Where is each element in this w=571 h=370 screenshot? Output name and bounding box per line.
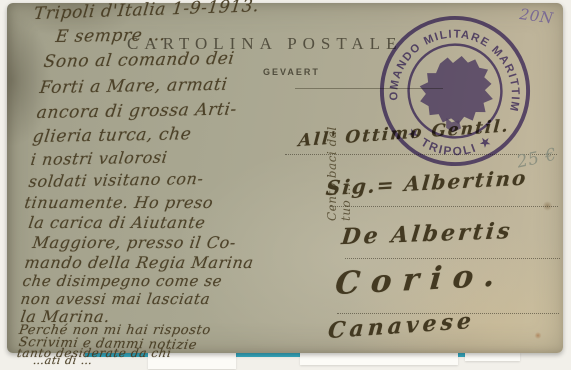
scan-artifact-tab [465,352,520,361]
annotation-price: 25 € [515,145,559,173]
handwritten-line: Maggiore, presso il Co- [31,233,237,252]
handwritten-line: Forti a Mare, armati [39,75,229,98]
scan-artifact-tab [300,352,458,365]
handwritten-line: Tripoli d'Italia 1-9-1913. [33,0,260,24]
handwritten-line: non avessi mai lasciata [19,290,211,308]
handwritten-line: ancora di grossa Arti- [36,100,239,124]
brand-mark: GEVAERT [263,67,320,77]
handwritten-line: Sono al comando dei [43,49,236,72]
postcard: CARTOLINA POSTALE GEVAERT Tripoli d'Ital… [7,3,563,353]
handwritten-line: soldati visitano con- [28,169,205,191]
address-line [330,206,558,207]
postcard-scan: CARTOLINA POSTALE GEVAERT Tripoli d'Ital… [0,0,571,370]
handwritten-line: glieria turca, che [32,124,193,147]
printed-rule [295,88,443,89]
annotation-corner-code: 20N [518,5,554,28]
handwritten-line: …ati di … [32,354,93,367]
handwritten-line: mando della Regia Marina [23,253,255,272]
handwritten-line: tinuamente. Ho preso [23,193,214,212]
handwritten-line: i nostri valorosi [30,148,169,169]
address-title-line: Sig.= Albertino [325,165,529,200]
address-line [345,258,560,259]
address-town: Corio. [334,257,507,302]
address-surname: De Albertis [340,218,514,250]
handwritten-line: la carica di Aiutante [27,213,206,232]
handwritten-line: E sempre … [55,25,168,47]
handwritten-line: che disimpegno come se [21,272,223,290]
